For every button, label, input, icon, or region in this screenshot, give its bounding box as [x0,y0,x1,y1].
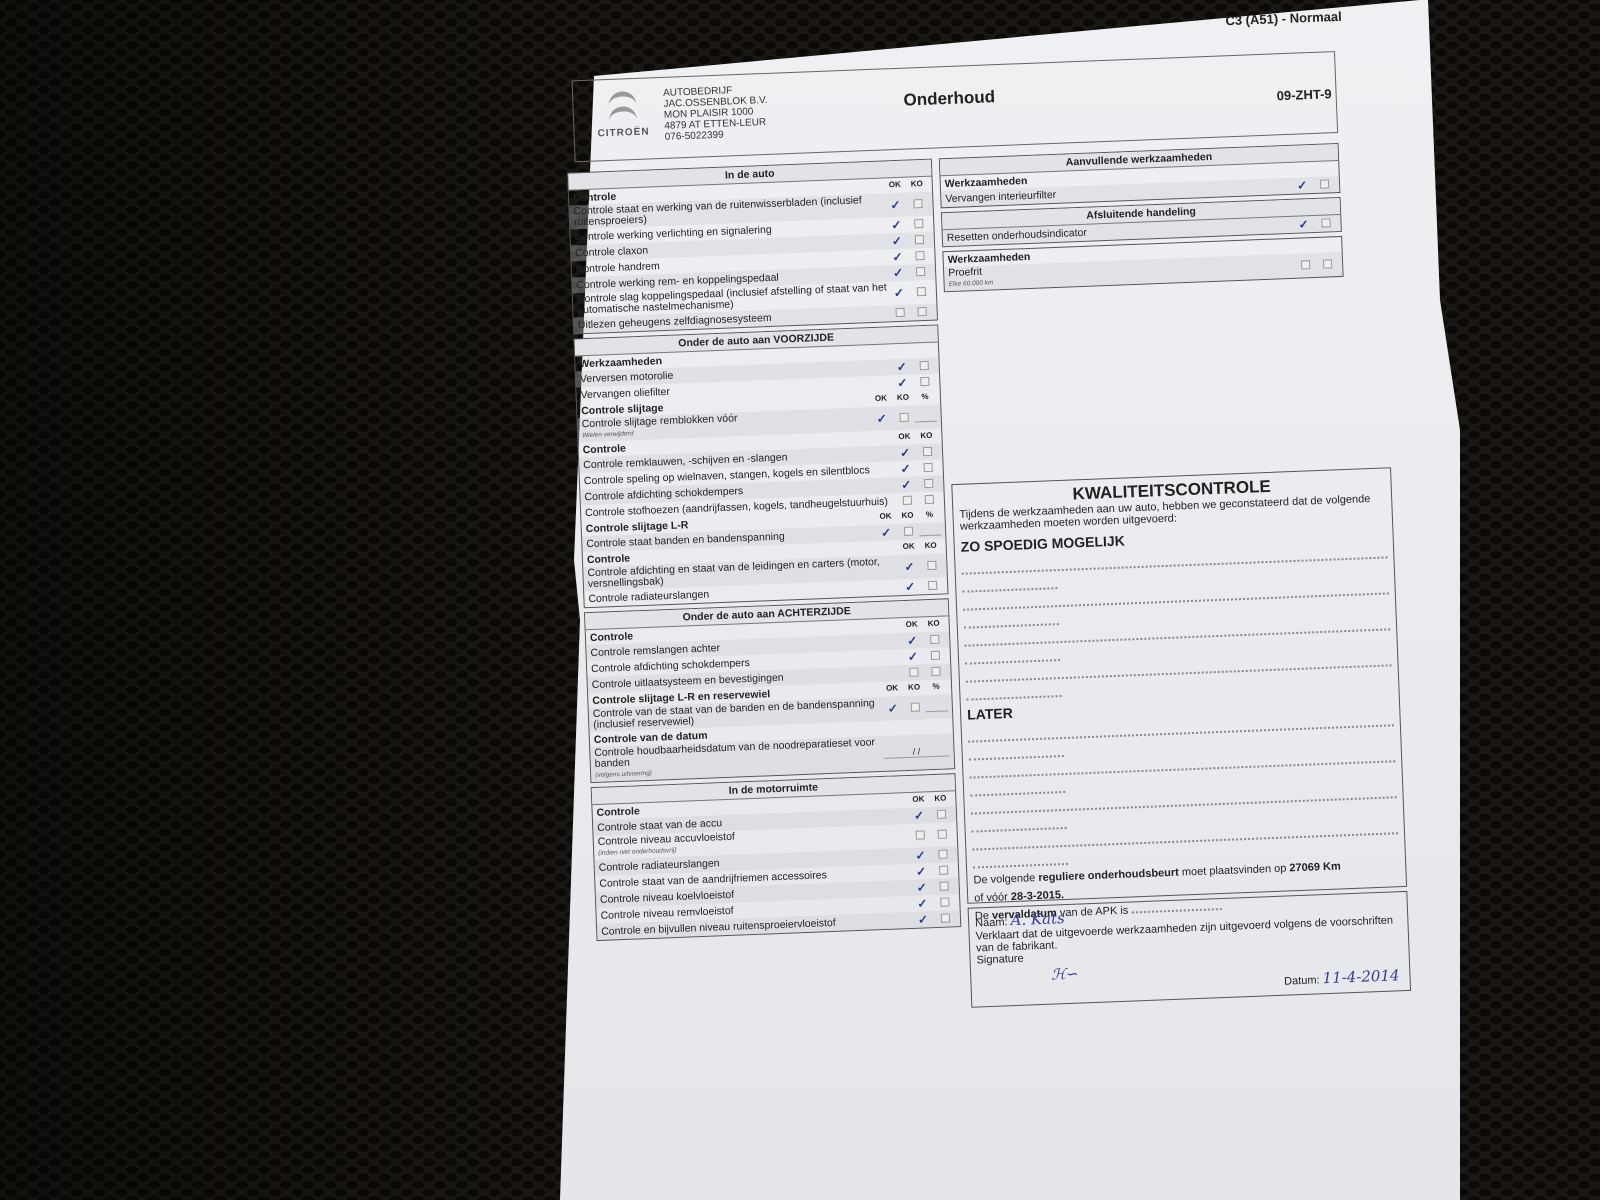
check-mark-icon: ✓ [892,250,903,264]
license-plate: 09-ZHT-9 [1276,86,1331,103]
check-mark-icon: ✓ [1297,178,1308,192]
maintenance-form: C3 (A51) - Normaal CITROËN AUTOBEDRIJF J… [561,0,1399,1030]
checkbox-icon[interactable] [938,850,947,859]
checkbox-icon[interactable] [923,463,932,472]
checkbox-icon[interactable] [928,581,937,590]
signoff-date: 11-4-2014 [1322,966,1400,987]
check-mark-icon: ✓ [901,478,912,492]
checkbox-icon[interactable] [919,361,928,370]
checkbox-icon[interactable] [939,882,948,891]
checkbox-icon[interactable] [915,830,924,839]
form-code: C3 (A51) - Normaal [1225,9,1342,28]
document-title: Onderhoud [903,87,995,111]
checkbox-icon[interactable] [938,866,947,875]
percent-field[interactable] [915,412,937,422]
checkbox-icon[interactable] [936,810,945,819]
checkbox-icon[interactable] [1322,259,1331,268]
section-left-3: In de motorruimteControleOKKOControle st… [591,773,962,941]
check-mark-icon: ✓ [891,218,902,232]
check-mark-icon: ✓ [892,234,903,248]
check-mark-icon: ✓ [916,880,927,894]
checkbox-icon[interactable] [915,251,924,260]
check-mark-icon: ✓ [900,446,911,460]
check-mark-icon: ✓ [900,462,911,476]
checkbox-icon[interactable] [914,235,923,244]
check-mark-icon: ✓ [907,634,918,648]
signoff-box: Naam: A. Kats Verklaart dat de uitgevoer… [968,891,1412,1008]
check-mark-icon: ✓ [896,360,907,374]
checkbox-icon[interactable] [931,667,940,676]
check-mark-icon: ✓ [890,198,901,212]
checkbox-icon[interactable] [913,199,922,208]
check-mark-icon: ✓ [1298,217,1309,231]
percent-field[interactable] [919,526,941,536]
check-mark-icon: ✓ [893,266,904,280]
dealer-address: AUTOBEDRIJF JAC.OSSENBLOK B.V. MON PLAIS… [663,84,769,143]
checkbox-icon[interactable] [927,561,936,570]
section-left-0: In de autoControleOKKOControle staat en … [567,159,938,335]
checkbox-icon[interactable] [916,287,925,296]
check-mark-icon: ✓ [888,701,899,715]
check-mark-icon: ✓ [894,286,905,300]
check-mark-icon: ✓ [918,912,929,926]
mechanic-name: A. Kats [1010,909,1065,929]
checkbox-icon[interactable] [924,479,933,488]
checklist-left-column: In de autoControleOKKOControle staat en … [567,159,961,945]
form-header: CITROËN AUTOBEDRIJF JAC.OSSENBLOK B.V. M… [572,51,1339,162]
check-mark-icon: ✓ [876,412,887,426]
check-mark-icon: ✓ [916,864,927,878]
section-left-1: Onder de auto aan VOORZIJDEWerkzaamheden… [573,324,948,608]
check-mark-icon: ✓ [914,808,925,822]
check-mark-icon: ✓ [897,376,908,390]
checkbox-icon[interactable] [895,308,904,317]
checkbox-icon[interactable] [937,830,946,839]
checkbox-icon[interactable] [940,914,949,923]
check-mark-icon: ✓ [881,525,892,539]
checkbox-icon[interactable] [899,413,908,422]
checkbox-icon[interactable] [915,267,924,276]
next-service-km: 27069 Km [1289,860,1341,874]
checkbox-icon[interactable] [1319,179,1328,188]
checklist-right-column: Aanvullende werkzaamhedenWerkzaamhedenVe… [939,143,1344,296]
check-mark-icon: ✓ [904,560,915,574]
percent-field[interactable] [926,702,948,712]
checkbox-icon[interactable] [909,668,918,677]
next-service-date: 28-3-2015. [1011,889,1065,903]
checkbox-icon[interactable] [930,635,939,644]
signature-scribble: ℋ∽ [1051,965,1079,984]
checkbox-icon[interactable] [1300,260,1309,269]
checkbox-icon[interactable] [914,219,923,228]
check-mark-icon: ✓ [915,848,926,862]
checkbox-icon[interactable] [903,527,912,536]
checkbox-icon[interactable] [930,651,939,660]
checkbox-icon[interactable] [902,496,911,505]
section-left-2: Onder de auto aan ACHTERZIJDEControleOKK… [584,598,955,783]
check-mark-icon: ✓ [917,896,928,910]
checkbox-icon[interactable] [922,447,931,456]
checkbox-icon[interactable] [917,307,926,316]
citroen-logo-icon: CITROËN [587,90,659,153]
check-mark-icon: ✓ [908,650,919,664]
check-mark-icon: ✓ [905,580,916,594]
seat-fabric-background [0,0,560,1200]
checkbox-icon[interactable] [924,495,933,504]
checkbox-icon[interactable] [920,377,929,386]
checkbox-icon[interactable] [910,703,919,712]
checkbox-icon[interactable] [940,898,949,907]
checkbox-icon[interactable] [1321,218,1330,227]
quality-control-box: KWALITEITSCONTROLE Tijdens de werkzaamhe… [951,467,1407,904]
